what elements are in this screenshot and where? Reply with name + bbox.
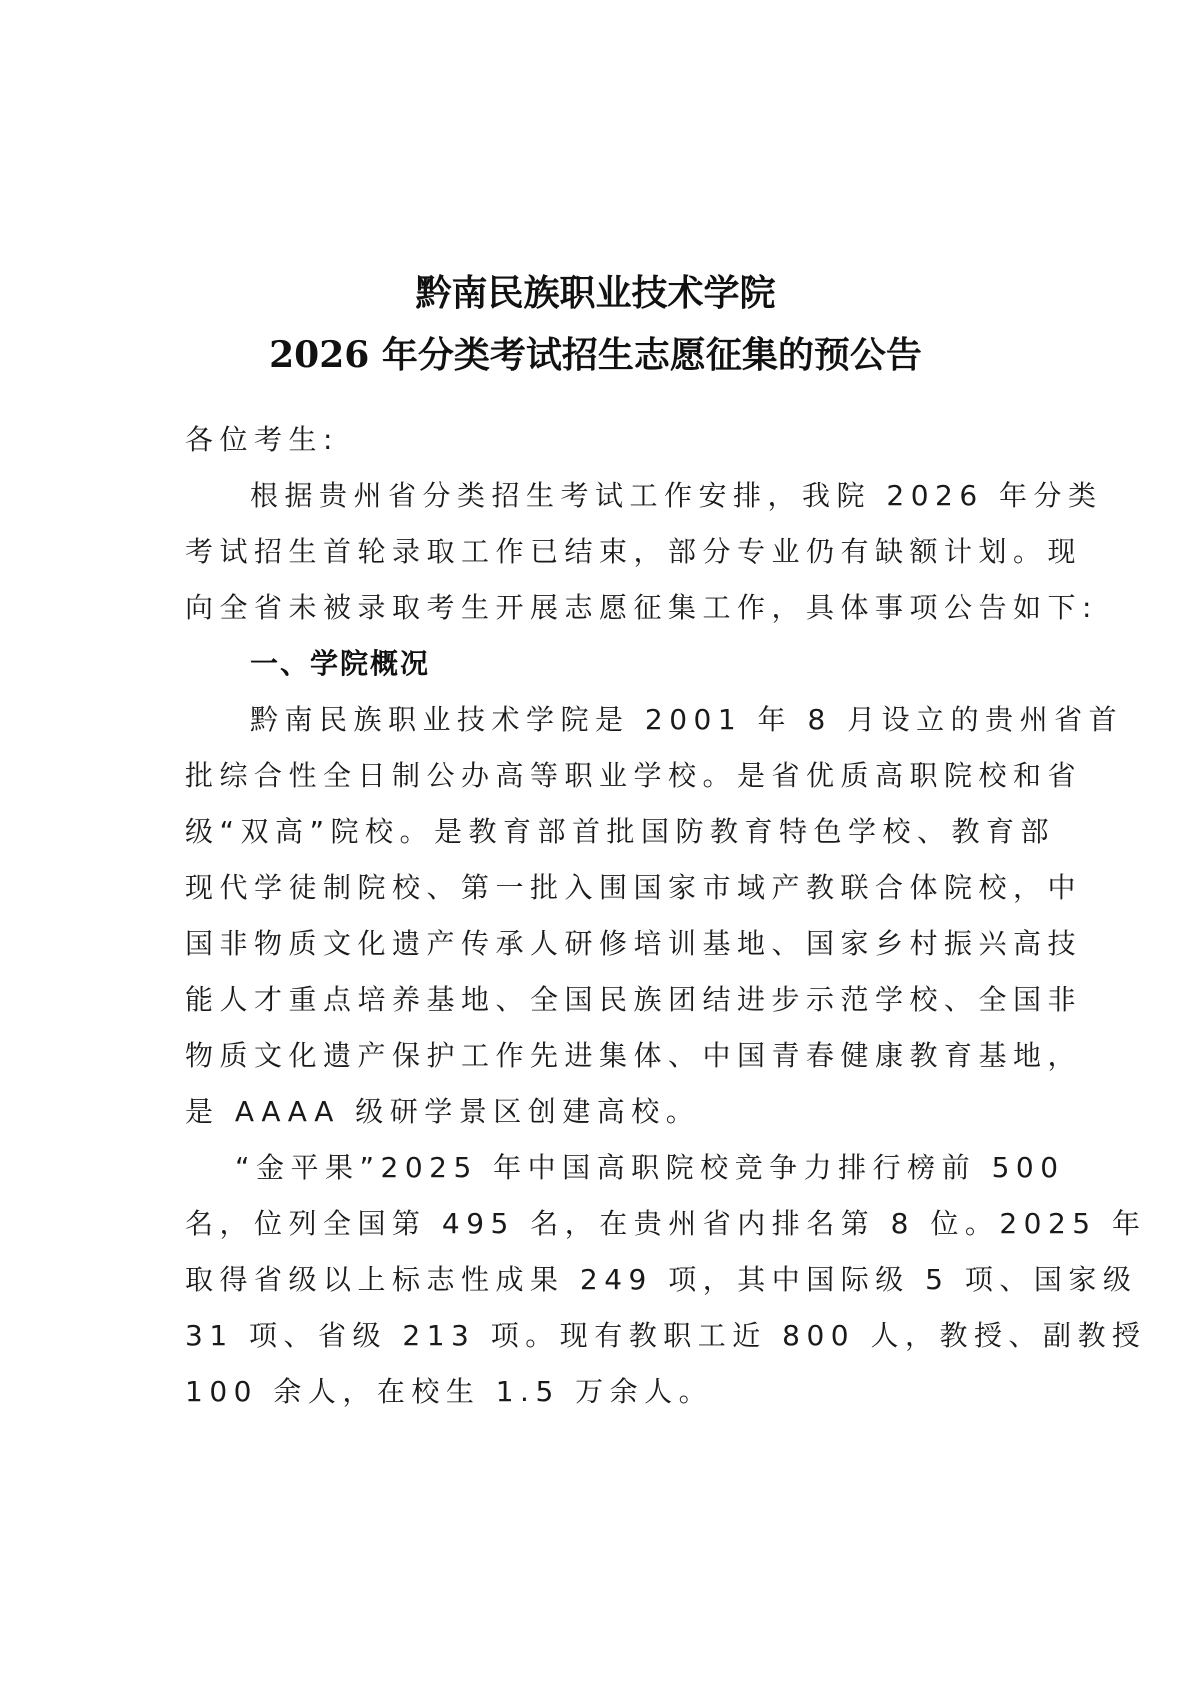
overview-line-1: 黔南民族职业技术学院是 2001 年 8 月设立的贵州省首 <box>250 702 1080 738</box>
document-title-school-name: 黔南民族职业技术学院 <box>0 265 1191 316</box>
overview-line-8: 是 AAAA 级研学景区创建高校。 <box>185 1094 1015 1130</box>
intro-line-2: 考试招生首轮录取工作已结束，部分专业仍有缺额计划。现 <box>185 534 1015 570</box>
overview-line-3: 级“双高”院校。是教育部首批国防教育特色学校、教育部 <box>185 814 1015 850</box>
intro-line-1: 根据贵州省分类招生考试工作安排，我院 2026 年分类 <box>250 478 1080 514</box>
salutation: 各位考生: <box>185 422 1015 458</box>
ranking-line-4: 31 项、省级 213 项。现有教职工近 800 人，教授、副教授 <box>185 1318 1015 1354</box>
overview-line-4: 现代学徒制院校、第一批入围国家市域产教联合体院校，中 <box>185 870 1015 906</box>
ranking-line-3: 取得省级以上标志性成果 249 项，其中国际级 5 项、国家级 <box>185 1262 1015 1298</box>
ranking-line-1: “金平果”2025 年中国高职院校竞争力排行榜前 500 <box>235 1150 1065 1186</box>
document-title-announcement: 2026 年分类考试招生志愿征集的预公告 <box>0 327 1191 378</box>
overview-line-6: 能人才重点培养基地、全国民族团结进步示范学校、全国非 <box>185 982 1015 1018</box>
overview-line-2: 批综合性全日制公办高等职业学校。是省优质高职院校和省 <box>185 758 1015 794</box>
ranking-line-2: 名，位列全国第 495 名，在贵州省内排名第 8 位。2025 年 <box>185 1206 1015 1242</box>
document-page: 黔南民族职业技术学院 2026 年分类考试招生志愿征集的预公告 各位考生: 根据… <box>0 0 1191 1684</box>
overview-line-5: 国非物质文化遗产传承人研修培训基地、国家乡村振兴高技 <box>185 926 1015 962</box>
intro-line-3: 向全省未被录取考生开展志愿征集工作，具体事项公告如下: <box>185 590 1015 626</box>
overview-line-7: 物质文化遗产保护工作先进集体、中国青春健康教育基地， <box>185 1038 1015 1074</box>
section-heading-overview: 一、学院概况 <box>250 646 430 682</box>
ranking-line-5: 100 余人，在校生 1.5 万余人。 <box>185 1374 1015 1410</box>
